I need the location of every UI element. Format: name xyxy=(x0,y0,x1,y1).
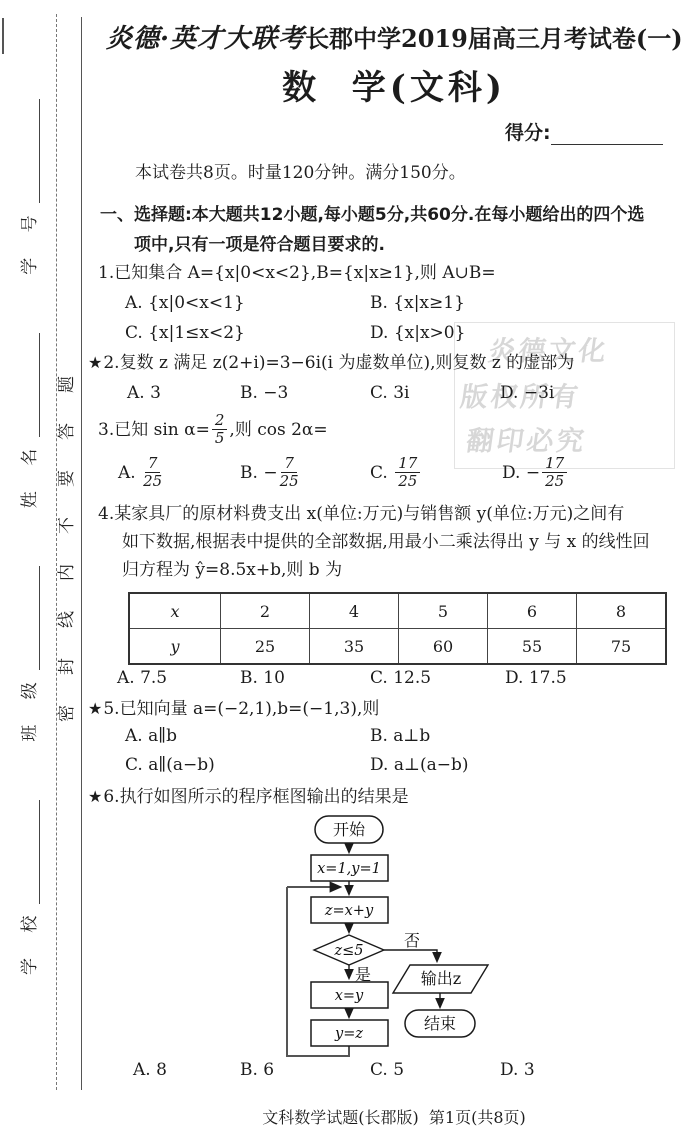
field-student-number: 学 号 xyxy=(15,99,40,274)
q3-option-c: C. 1725 xyxy=(370,455,422,491)
q4-data-table: x 2 4 5 6 8 y 25 35 60 55 75 xyxy=(128,592,667,665)
table-cell: 75 xyxy=(577,629,667,665)
q6-option-d: D. 3 xyxy=(500,1060,535,1080)
question-3-stem: 3.已知 sin α= 25 ,则 cos 2α= xyxy=(98,412,328,448)
table-cell: x xyxy=(129,593,221,629)
q2-option-c: C. 3i xyxy=(370,383,409,403)
yes-branch-label: 是 xyxy=(355,965,371,984)
q1-option-a: A. {x|0<x<1} xyxy=(125,293,245,313)
q3-option-b-num: 7 xyxy=(281,455,297,473)
q1-option-c: C. {x|1≤x<2} xyxy=(125,323,245,343)
corner-trim-mark xyxy=(2,18,4,54)
question-4-stem-line1: 4.某家具厂的原材料费支出 x(单位:万元)与销售额 y(单位:万元)之间有 xyxy=(98,503,624,525)
field-school: 学 校 xyxy=(15,800,40,975)
table-cell: 4 xyxy=(310,593,399,629)
q3-stem-fraction: 25 xyxy=(212,412,228,448)
q3-option-a-label: A. xyxy=(118,463,141,483)
no-branch-label: 否 xyxy=(404,931,420,950)
page-footer: 文科数学试题(长郡版) 第1页(共8页) xyxy=(105,1105,683,1128)
exam-title-rest: 长郡中学2019届高三月考试卷(一) xyxy=(305,24,683,53)
name-blank-line xyxy=(35,333,40,437)
table-cell: 2 xyxy=(221,593,310,629)
exam-paper-page: 学 校 班 级 姓 名 学 号 密封线内不要答题 炎德文化 版权所有 翻印必究 … xyxy=(0,0,688,1145)
no-branch-line xyxy=(384,950,437,961)
program-flowchart: 开始 x=1,y=1 z=x+y z≤5 否 是 x=y y=z 输出z 结束 xyxy=(255,803,505,1071)
table-cell: 60 xyxy=(399,629,488,665)
q5-option-c: C. a∥(a−b) xyxy=(125,755,215,775)
table-cell: 5 xyxy=(399,593,488,629)
table-row-x: x 2 4 5 6 8 xyxy=(129,593,666,629)
question-2-stem: ★2.复数 z 满足 z(2+i)=3−6i(i 为虚数单位),则复数 z 的虚… xyxy=(88,352,574,374)
q3-stem-pre: 3.已知 sin α= xyxy=(98,419,210,441)
q3-option-d-sign: − xyxy=(526,463,540,483)
field-class: 班 级 xyxy=(15,566,40,741)
q3-option-b-label: B. xyxy=(240,463,263,483)
q4-option-d: D. 17.5 xyxy=(505,668,567,688)
q3-option-a: A. 725 xyxy=(118,455,164,491)
assign2-node-label: y=z xyxy=(334,1026,363,1042)
body-node-label: z=x+y xyxy=(324,903,374,919)
section-heading-line2: 项中,只有一项是符合题目要求的. xyxy=(134,234,385,256)
q3-option-c-num: 17 xyxy=(395,455,420,473)
subject-title: 数 学(文科) xyxy=(105,60,683,109)
table-row-y: y 25 35 60 55 75 xyxy=(129,629,666,665)
star-marker: ★ xyxy=(88,353,102,372)
decision-node-label: z≤5 xyxy=(333,943,363,959)
q5-stem-text: 5.已知向量 a=(−2,1),b=(−1,3),则 xyxy=(103,699,379,719)
q3-option-a-den: 25 xyxy=(143,473,162,490)
q3-frac-numerator: 2 xyxy=(212,412,228,430)
q5-option-b: B. a⊥b xyxy=(370,726,430,746)
q3-option-c-den: 25 xyxy=(398,473,417,490)
student-number-label: 学 号 xyxy=(15,205,40,274)
q6-option-b: B. 6 xyxy=(240,1060,274,1080)
table-cell: y xyxy=(129,629,221,665)
table-cell: 6 xyxy=(488,593,577,629)
school-blank-line xyxy=(35,800,40,904)
q3-option-c-label: C. xyxy=(370,463,393,483)
q3-option-d-fraction: 1725 xyxy=(542,455,567,491)
class-blank-line xyxy=(35,566,40,670)
table-cell: 25 xyxy=(221,629,310,665)
name-label: 姓 名 xyxy=(15,439,40,508)
exam-info-line: 本试卷共8页。时量120分钟。满分150分。 xyxy=(135,162,466,184)
question-4-stem-line3: 归方程为 ŷ=8.5x+b,则 b 为 xyxy=(122,559,342,581)
q2-option-b: B. −3 xyxy=(240,383,288,403)
question-1-stem: 1.已知集合 A={x|0<x<2},B={x|x≥1},则 A∪B= xyxy=(98,262,496,284)
output-node-label: 输出z xyxy=(421,969,461,988)
q1-option-d: D. {x|x>0} xyxy=(370,323,465,343)
star-marker: ★ xyxy=(88,699,102,718)
section-heading-line1: 一、选择题:本大题共12小题,每小题5分,共60分.在每小题给出的四个选 xyxy=(100,204,644,226)
table-cell: 35 xyxy=(310,629,399,665)
q4-option-b: B. 10 xyxy=(240,668,285,688)
q3-option-b: B. − 725 xyxy=(240,455,301,491)
table-cell: 55 xyxy=(488,629,577,665)
q3-option-d-num: 17 xyxy=(542,455,567,473)
q3-option-d: D. − 1725 xyxy=(502,455,569,491)
q3-stem-post: ,则 cos 2α= xyxy=(229,419,327,441)
q2-option-d: D. −3i xyxy=(500,383,554,403)
q3-option-b-fraction: 725 xyxy=(280,455,299,491)
q3-option-a-fraction: 725 xyxy=(143,455,162,491)
q5-option-a: A. a∥b xyxy=(125,726,177,746)
q6-option-a: A. 8 xyxy=(133,1060,167,1080)
score-field: 得分: xyxy=(505,118,663,145)
field-name: 姓 名 xyxy=(15,333,40,508)
q3-option-c-fraction: 1725 xyxy=(395,455,420,491)
score-label: 得分: xyxy=(505,122,551,144)
assign1-node-label: x=y xyxy=(335,988,364,1004)
seal-instruction-text: 密封线内不要答题 xyxy=(52,342,76,722)
start-node-label: 开始 xyxy=(333,820,366,839)
question-4-stem-line2: 如下数据,根据表中提供的全部数据,用最小二乘法得出 y 与 x 的线性回 xyxy=(122,531,650,553)
table-cell: 8 xyxy=(577,593,667,629)
init-node-label: x=1,y=1 xyxy=(317,861,381,877)
score-blank-line xyxy=(551,126,663,145)
q3-option-b-den: 25 xyxy=(280,473,299,490)
q3-option-d-label: D. xyxy=(502,463,526,483)
q3-frac-denominator: 5 xyxy=(215,430,225,447)
watermark-line3: 翻印必究 xyxy=(464,419,589,458)
margin-fields: 学 校 班 级 姓 名 学 号 xyxy=(10,115,40,975)
star-marker: ★ xyxy=(88,787,102,806)
seal-solid-line xyxy=(81,17,82,1090)
class-label: 班 级 xyxy=(15,672,40,741)
question-5-stem: ★5.已知向量 a=(−2,1),b=(−1,3),则 xyxy=(88,698,379,720)
brand-title: 炎德·英才大联考 xyxy=(106,24,305,54)
q4-option-a: A. 7.5 xyxy=(117,668,167,688)
q1-option-b: B. {x|x≥1} xyxy=(370,293,465,313)
exam-title: 炎德·英才大联考长郡中学2019届高三月考试卷(一) xyxy=(106,18,684,55)
q3-option-b-sign: − xyxy=(263,463,277,483)
q2-option-a: A. 3 xyxy=(127,383,161,403)
q3-option-d-den: 25 xyxy=(545,473,564,490)
school-label: 学 校 xyxy=(15,906,40,975)
q5-option-d: D. a⊥(a−b) xyxy=(370,755,468,775)
end-node-label: 结束 xyxy=(424,1014,456,1033)
q4-option-c: C. 12.5 xyxy=(370,668,431,688)
q6-option-c: C. 5 xyxy=(370,1060,404,1080)
q2-stem-text: 2.复数 z 满足 z(2+i)=3−6i(i 为虚数单位),则复数 z 的虚部… xyxy=(103,353,574,373)
publisher-watermark: 炎德文化 版权所有 翻印必究 xyxy=(454,322,675,469)
student-number-blank-line xyxy=(35,99,40,203)
q3-option-a-num: 7 xyxy=(145,455,161,473)
